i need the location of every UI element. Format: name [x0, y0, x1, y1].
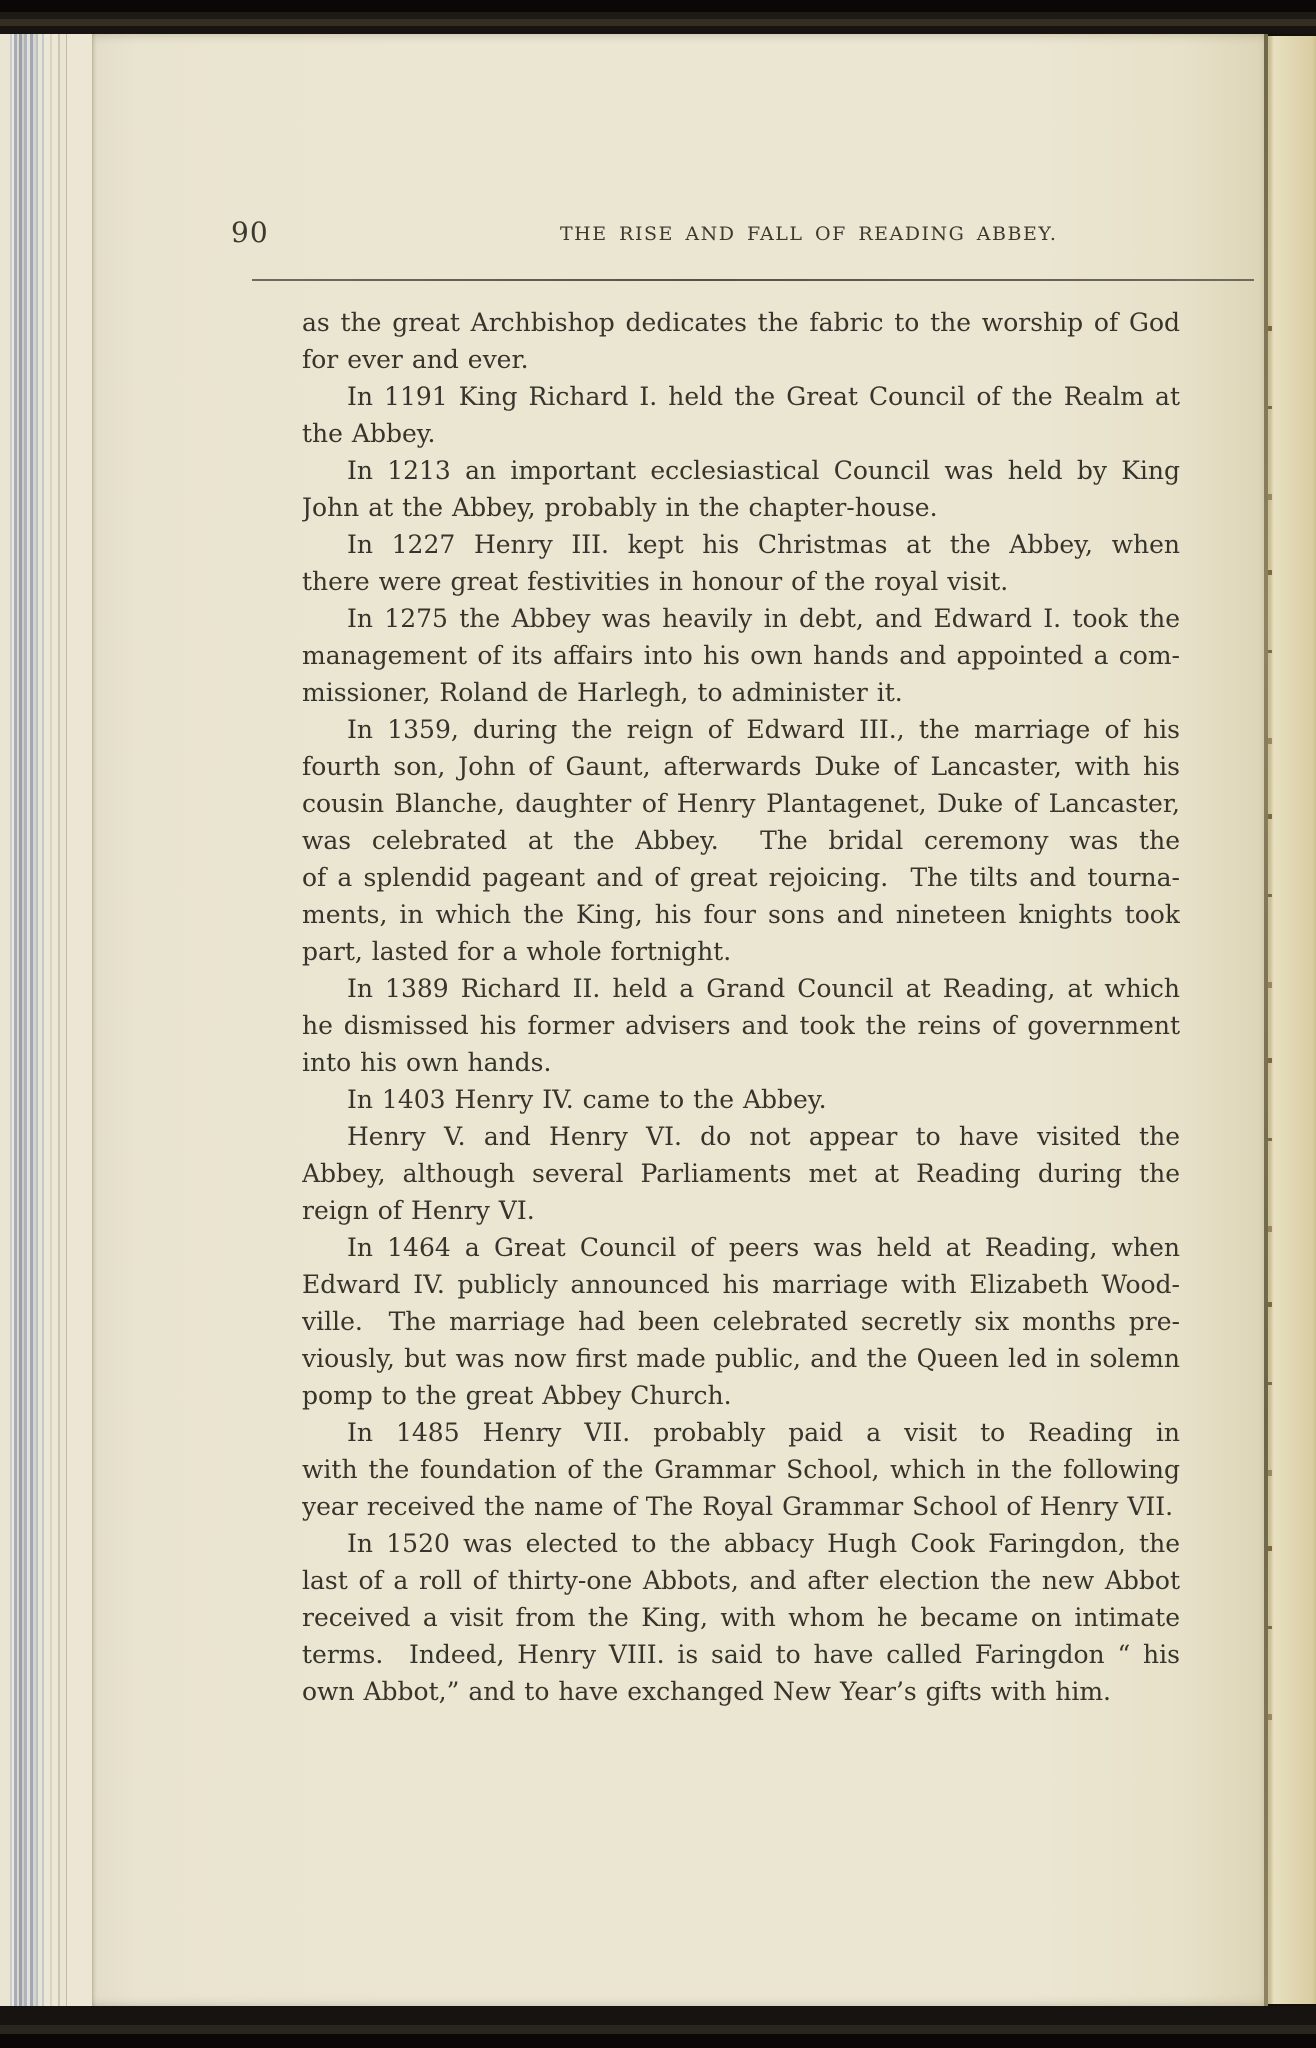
text-line: In 1227 Henry III. kept his Christmas at…	[302, 526, 1180, 563]
text-line: pomp to the great Abbey Church.	[302, 1377, 1180, 1414]
text-line: year received the name of The Royal Gram…	[302, 1488, 1180, 1525]
text-line: there were great festivities in honour o…	[302, 563, 1180, 600]
text-line: Henry V. and Henry VI. do not appear to …	[302, 1118, 1180, 1155]
text-line: In 1389 Richard II. held a Grand Council…	[302, 970, 1180, 1007]
binding-bottom	[0, 2006, 1316, 2048]
text-line: with the foundation of the Grammar Schoo…	[302, 1451, 1180, 1488]
text-line: received a visit from the King, with who…	[302, 1599, 1180, 1636]
text-line: Edward IV. publicly announced his marria…	[302, 1266, 1180, 1303]
text-line: he dismissed his former advisers and too…	[302, 1007, 1180, 1044]
body-text: as the great Archbishop dedicates the fa…	[302, 304, 1180, 1710]
text-line: fourth son, John of Gaunt, afterwards Du…	[302, 748, 1180, 785]
text-line: In 1359, during the reign of Edward III.…	[302, 711, 1180, 748]
text-line: missioner, Roland de Harlegh, to adminis…	[302, 674, 1180, 711]
text-line: terms. Indeed, Henry VIII. is said to ha…	[302, 1636, 1180, 1673]
text-line: management of its affairs into his own h…	[302, 637, 1180, 674]
page-fore-edges	[0, 22, 94, 2014]
text-line: reign of Henry VI.	[302, 1192, 1180, 1229]
text-line: part, lasted for a whole fortnight.	[302, 933, 1180, 970]
book-scan: 90 THE RISE AND FALL OF READING ABBEY. a…	[0, 0, 1316, 2048]
text-line: In 1403 Henry IV. came to the Abbey.	[302, 1081, 1180, 1118]
text-line: last of a roll of thirty-one Abbots, and…	[302, 1562, 1180, 1599]
running-header: THE RISE AND FALL OF READING ABBEY.	[560, 223, 1057, 245]
binding-top	[0, 0, 1316, 34]
text-line: In 1191 King Richard I. held the Great C…	[302, 378, 1180, 415]
text-line: into his own hands.	[302, 1044, 1180, 1081]
text-line: own Abbot,” and to have exchanged New Ye…	[302, 1673, 1180, 1710]
text-line: In 1485 Henry VII. probably paid a visit…	[302, 1414, 1180, 1451]
text-line: of a splendid pageant and of great rejoi…	[302, 859, 1180, 896]
text-line: In 1520 was elected to the abbacy Hugh C…	[302, 1525, 1180, 1562]
page-number: 90	[231, 216, 269, 249]
text-line: was celebrated at the Abbey. The bridal …	[302, 822, 1180, 859]
text-line: Abbey, although several Parliaments met …	[302, 1155, 1180, 1192]
text-line: In 1213 an important ecclesiastical Coun…	[302, 452, 1180, 489]
text-line: ments, in which the King, his four sons …	[302, 896, 1180, 933]
text-line: as the great Archbishop dedicates the fa…	[302, 304, 1180, 341]
text-line: viously, but was now first made public, …	[302, 1340, 1180, 1377]
text-line: the Abbey.	[302, 415, 1180, 452]
text-line: John at the Abbey, probably in the chapt…	[302, 489, 1180, 526]
header-rule	[252, 279, 1254, 281]
text-line: cousin Blanche, daughter of Henry Planta…	[302, 785, 1180, 822]
text-line: In 1464 a Great Council of peers was hel…	[302, 1229, 1180, 1266]
text-line: ville. The marriage had been celebrated …	[302, 1303, 1180, 1340]
text-line: In 1275 the Abbey was heavily in debt, a…	[302, 600, 1180, 637]
text-line: for ever and ever.	[302, 341, 1180, 378]
facing-page-edge	[1268, 36, 1316, 2004]
